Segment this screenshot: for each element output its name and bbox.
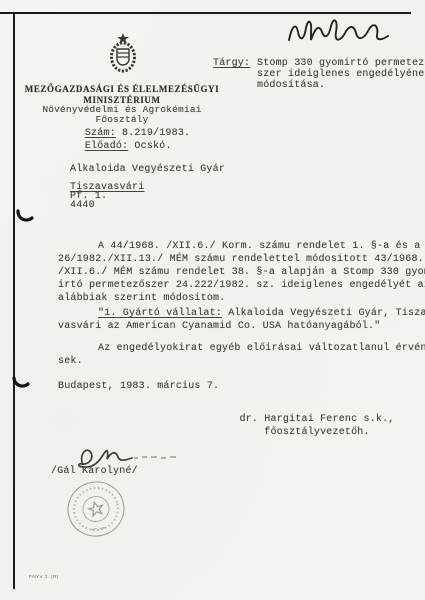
body-line: alábbiak szerint módositom. <box>58 292 400 305</box>
body-line: A 44/1968. /XII.6./ Korm. számu rendelet… <box>58 240 400 253</box>
subject-block: Tárgy: Stomp 330 gyomirtó permetező- sze… <box>213 58 413 91</box>
subject-line: Stomp 330 gyomirtó permetező- <box>257 58 413 69</box>
signatory-name: dr. Hargitai Ferenc s.k., <box>238 413 396 426</box>
scan-edge-left <box>13 12 15 589</box>
punch-hole-mark <box>15 205 37 227</box>
scanned-letter-page: MEZŐGAZDASÁGI ÉS ÉLELMEZÉSÜGYI MINISZTÉR… <box>0 0 425 600</box>
body-paragraph-2: "1. Gyártó vállalat: Alkaloida Vegyészet… <box>58 307 400 333</box>
addressee-company: Alkaloida Vegyészeti Gyár <box>70 163 225 176</box>
addressee-block: Alkaloida Vegyészeti Gyár Tiszavasvári P… <box>70 163 225 210</box>
subject-label: Tárgy: <box>213 58 250 69</box>
round-official-stamp-icon <box>53 468 139 549</box>
punch-hole-mark <box>11 374 33 396</box>
ministry-name-line1: MEZŐGAZDASÁGI ÉS ÉLELMEZÉSÜGYI <box>22 84 222 95</box>
body-paragraph-1: A 44/1968. /XII.6./ Korm. számu rendelet… <box>58 240 400 305</box>
form-code: FNYV 3. (R) <box>29 575 59 580</box>
body-line: irtó permetezőszer 24.222/1982. sz. idei… <box>58 279 400 292</box>
approval-scribble-icon <box>283 12 395 52</box>
manufacturer-clause-text: Alkaloida Vegyészeti Gyár, Tisza- <box>222 308 425 319</box>
hungarian-coat-of-arms-icon <box>106 32 140 74</box>
signatory-title: főosztályvezetőh. <box>238 426 396 439</box>
body-line: Az engedélyokirat egyéb előirásai változ… <box>58 342 400 355</box>
body-line: sek. <box>58 355 400 368</box>
body-paragraph-3: Az engedélyokirat egyéb előirásai változ… <box>58 342 400 368</box>
subject-line: szer ideiglenes engedélyének <box>257 69 413 80</box>
date-line: Budapest, 1983. március 7. <box>58 380 219 393</box>
clerk-label: Előadó: <box>85 141 128 152</box>
signature-block: dr. Hargitai Ferenc s.k., főosztályvezet… <box>238 413 396 439</box>
clerk-value: Ocskó. <box>128 141 171 152</box>
addressee-postal-code: 4440 <box>70 201 225 210</box>
clerk-line: Előadó: Ocskó. <box>60 127 172 166</box>
body-line: 26/1982./XII.13./ MÉM számu rendelettel … <box>58 253 400 266</box>
body-line: "1. Gyártó vállalat: Alkaloida Vegyészet… <box>58 307 400 320</box>
body-line: /XII.6./ MÉM számu rendelet 38. §-a alap… <box>58 266 400 279</box>
subject-line: módosítása. <box>257 80 413 91</box>
manufacturer-clause-label: "1. Gyártó vállalat: <box>98 308 222 319</box>
body-line: vasvári az American Cyanamid Co. USA hat… <box>58 320 400 333</box>
